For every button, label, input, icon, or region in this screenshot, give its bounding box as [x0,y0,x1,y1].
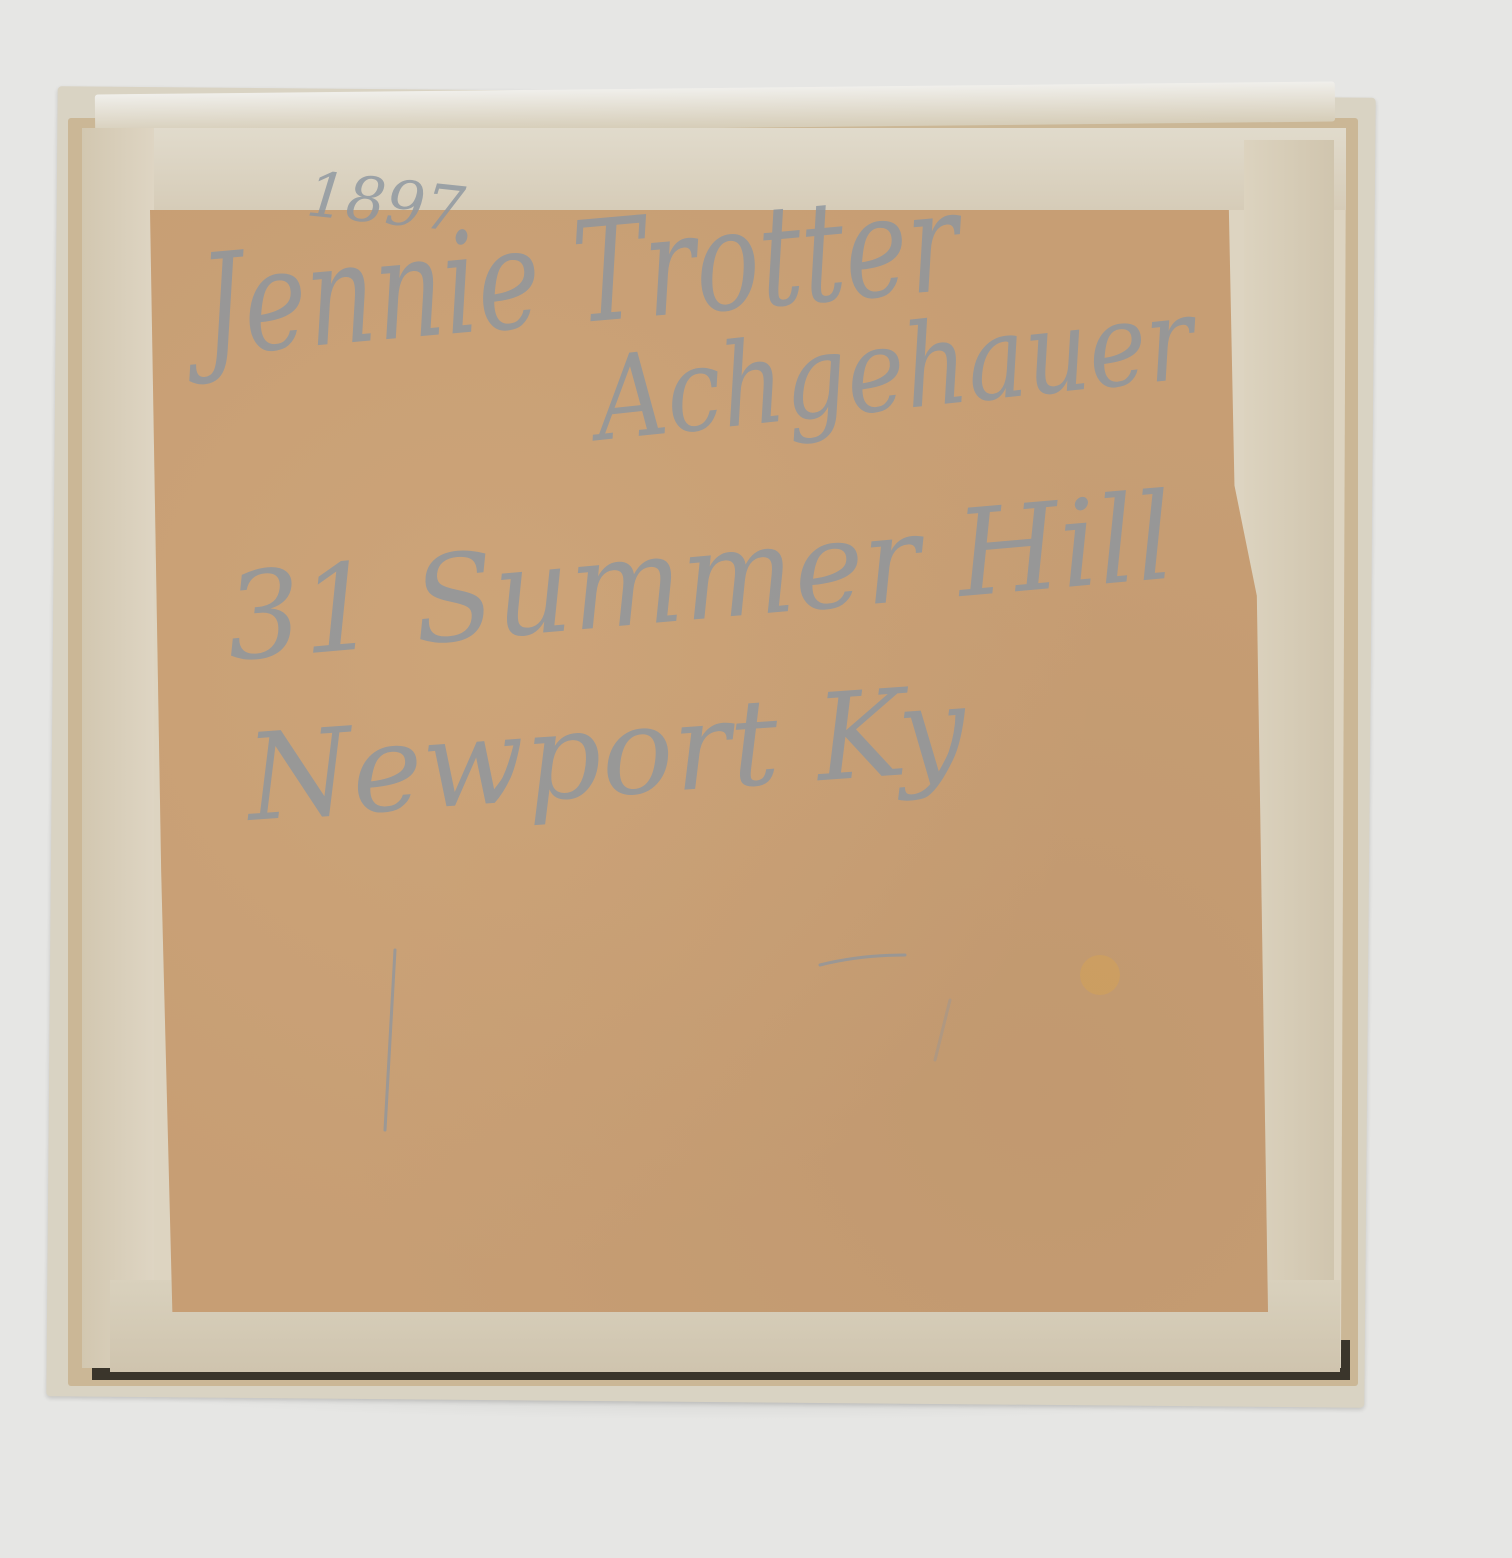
address-line: 31 Summer Hill [220,468,1178,689]
pencil-inscription: 1897 Jennie Trotter Achgehauer 31 Summer… [0,0,1512,1558]
faint-pencil-mark [820,955,905,965]
faint-pencil-mark [935,1000,950,1060]
city-line: Newport Ky [239,660,972,849]
faint-pencil-mark [385,950,395,1130]
